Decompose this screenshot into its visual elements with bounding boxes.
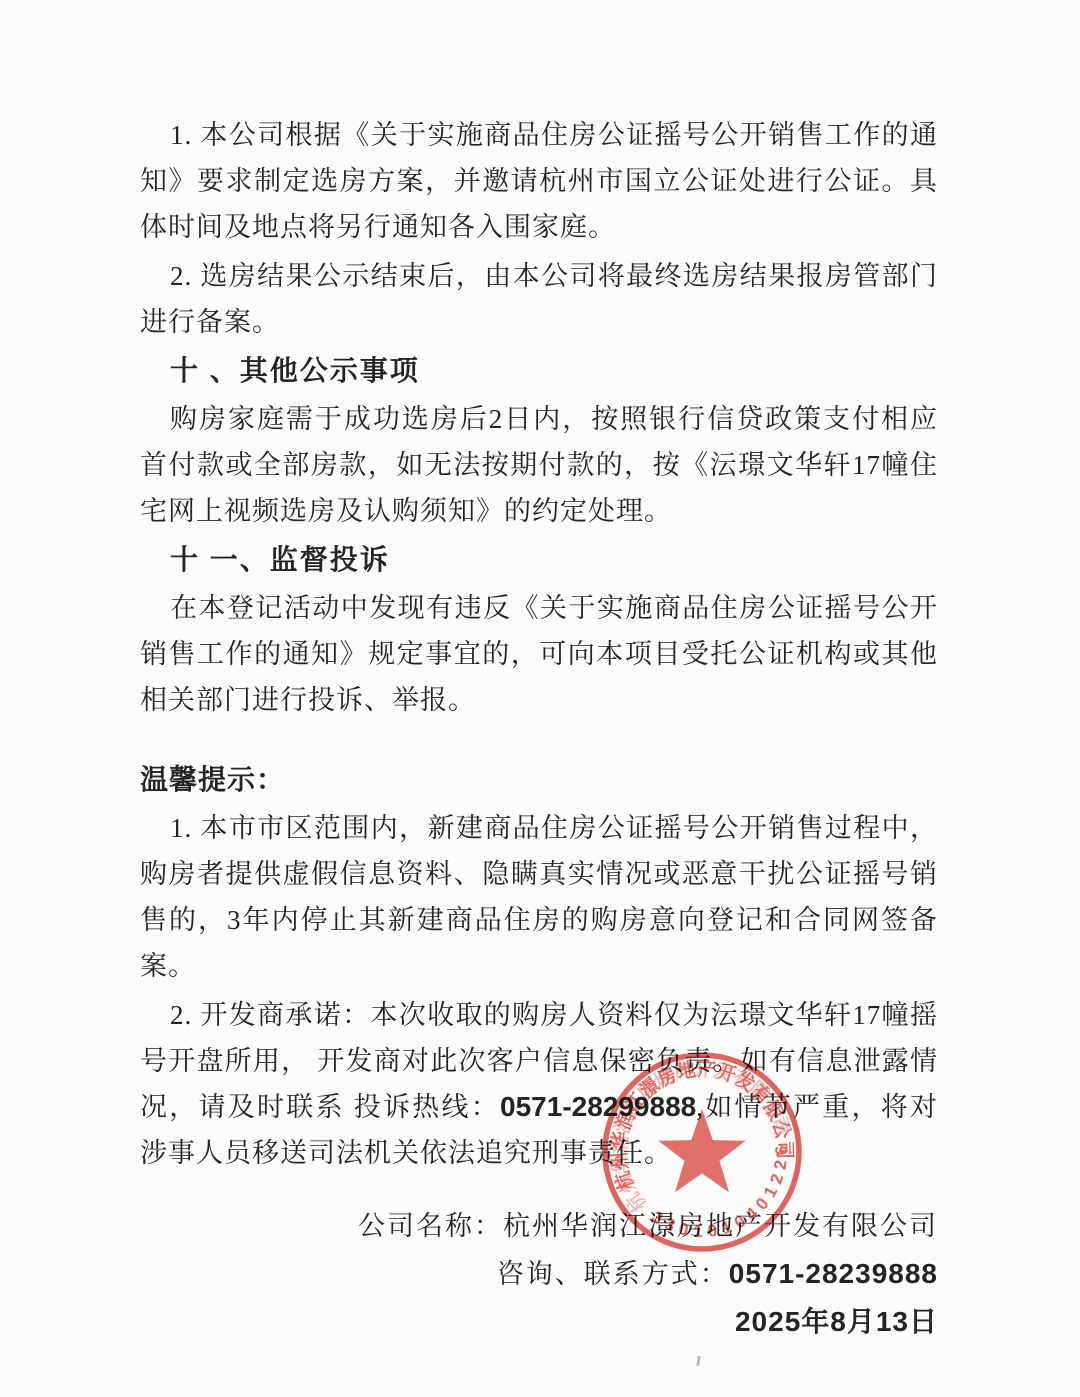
section-heading-other-matters: 十 、其他公示事项 (140, 348, 938, 394)
tips-heading: 温馨提示： (140, 757, 938, 803)
company-seal: 杭州华润江澋房地产开发有限公司 杭州华润江澋房地产开发有限公司 33010104… (596, 1046, 808, 1258)
scan-artifact-speck (696, 1356, 700, 1366)
paragraph-filing: 2. 选房结果公示结束后，由本公司将最终选房结果报房管部门进行备案。 (140, 253, 938, 345)
document-date: 2025年8月13日 (140, 1298, 938, 1346)
tip-paragraph-1: 1. 本市市区范围内，新建商品住房公证摇号公开销售过程中，购房者提供虚假信息资料… (140, 805, 938, 989)
document-body: 1. 本公司根据《关于实施商品住房公证摇号公开销售工作的通知》要求制定选房方案，… (140, 112, 938, 1346)
paragraph-notary-plan: 1. 本公司根据《关于实施商品住房公证摇号公开销售工作的通知》要求制定选房方案，… (140, 112, 938, 250)
company-name-label: 公司名称： (358, 1211, 503, 1241)
paragraph-payment-terms: 购房家庭需于成功选房后2日内，按照银行信贷政策支付相应首付款或全部房款，如无法按… (140, 396, 938, 534)
contact-label: 咨询、联系方式： (497, 1259, 729, 1289)
seal-star-icon (658, 1109, 745, 1192)
section-heading-supervision: 十 一、监督投诉 (140, 537, 938, 583)
contact-phone-number: 0571-28239888 (729, 1258, 938, 1289)
signature-block: 公司名称：杭州华润江澋房地产开发有限公司 咨询、联系方式：0571-282398… (140, 1202, 938, 1346)
company-name-line: 公司名称：杭州华润江澋房地产开发有限公司 (140, 1202, 938, 1250)
paragraph-supervision: 在本登记活动中发现有违反《关于实施商品住房公证摇号公开销售工作的通知》规定事宜的… (140, 585, 938, 723)
tip-paragraph-2: 2. 开发商承诺：本次收取的购房人资料仅为沄璟文华轩17幢摇号开盘所用， 开发商… (140, 992, 938, 1176)
contact-line: 咨询、联系方式：0571-28239888 (140, 1250, 938, 1298)
document-page: 1. 本公司根据《关于实施商品住房公证摇号公开销售工作的通知》要求制定选房方案，… (0, 0, 1080, 1397)
